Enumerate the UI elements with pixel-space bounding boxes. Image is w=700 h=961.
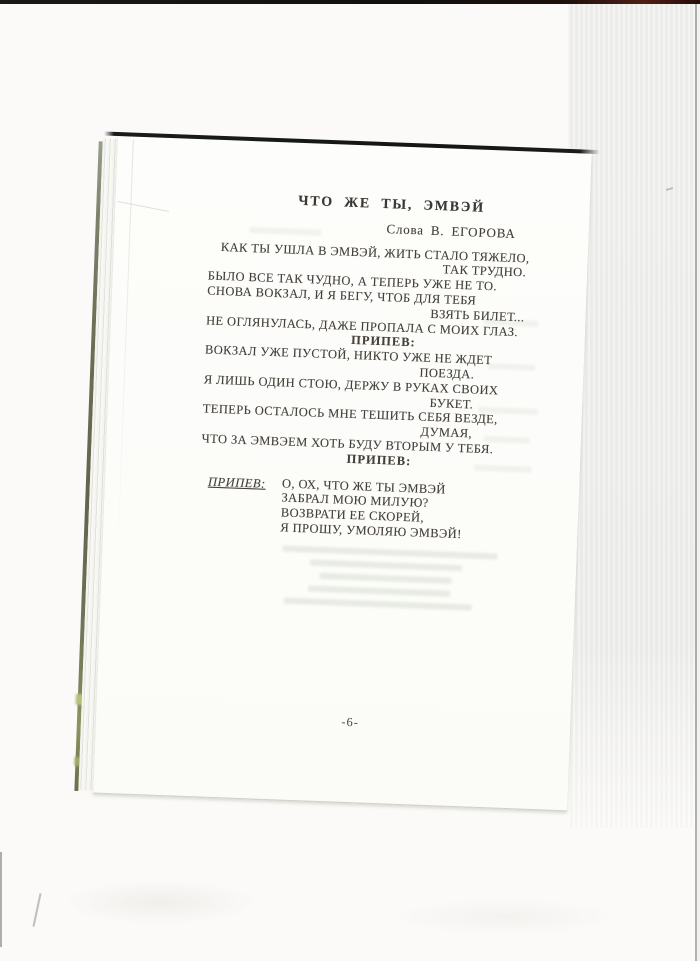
scanner-top-edge-strip xyxy=(0,0,700,4)
bleed-through-line xyxy=(308,585,450,596)
song-title: ЧТО ЖЕ ТЫ, ЭМВЭЙ xyxy=(210,192,528,219)
background-smudge xyxy=(60,880,260,925)
page-crease xyxy=(118,201,169,212)
scanner-streaks xyxy=(568,0,697,828)
bleed-through-line xyxy=(319,573,451,584)
song-credit: Слова В. ЕГОРОВА xyxy=(209,215,527,242)
chorus-lines: О, ОХ, ЧТО ЖЕ ТЫ ЭМВЭЙЗАБРАЛ МОЮ МИЛУЮ?В… xyxy=(280,476,518,544)
chorus-block: ПРИПЕВ: О, ОХ, ЧТО ЖЕ ТЫ ЭМВЭЙЗАБРАЛ МОЮ… xyxy=(198,473,518,544)
bleed-through-line xyxy=(282,545,497,559)
scanned-songbook-photo: ЧТО ЖЕ ТЫ, ЭМВЭЙ Слова В. ЕГОРОВА КАК ТЫ… xyxy=(0,0,700,961)
chorus-label: ПРИПЕВ: xyxy=(208,474,266,491)
scanner-right-edge-line xyxy=(695,0,697,961)
scratch-mark xyxy=(32,893,41,927)
bleed-through-line xyxy=(310,560,462,572)
page-number: -6- xyxy=(191,709,531,737)
scanner-shadow-band xyxy=(568,0,697,828)
lyrics-column: ЧТО ЖЕ ТЫ, ЭМВЭЙ Слова В. ЕГОРОВА КАК ТЫ… xyxy=(198,139,531,544)
scanner-left-edge-line xyxy=(0,852,2,947)
song-page: ЧТО ЖЕ ТЫ, ЭМВЭЙ Слова В. ЕГОРОВА КАК ТЫ… xyxy=(93,135,591,811)
verse-lines: КАК ТЫ УШЛА В ЭМВЭЙ, ЖИТЬ СТАЛО ТЯЖЕЛО,Т… xyxy=(201,239,527,473)
bleed-through-line xyxy=(284,598,472,611)
background-smudge xyxy=(390,898,620,936)
